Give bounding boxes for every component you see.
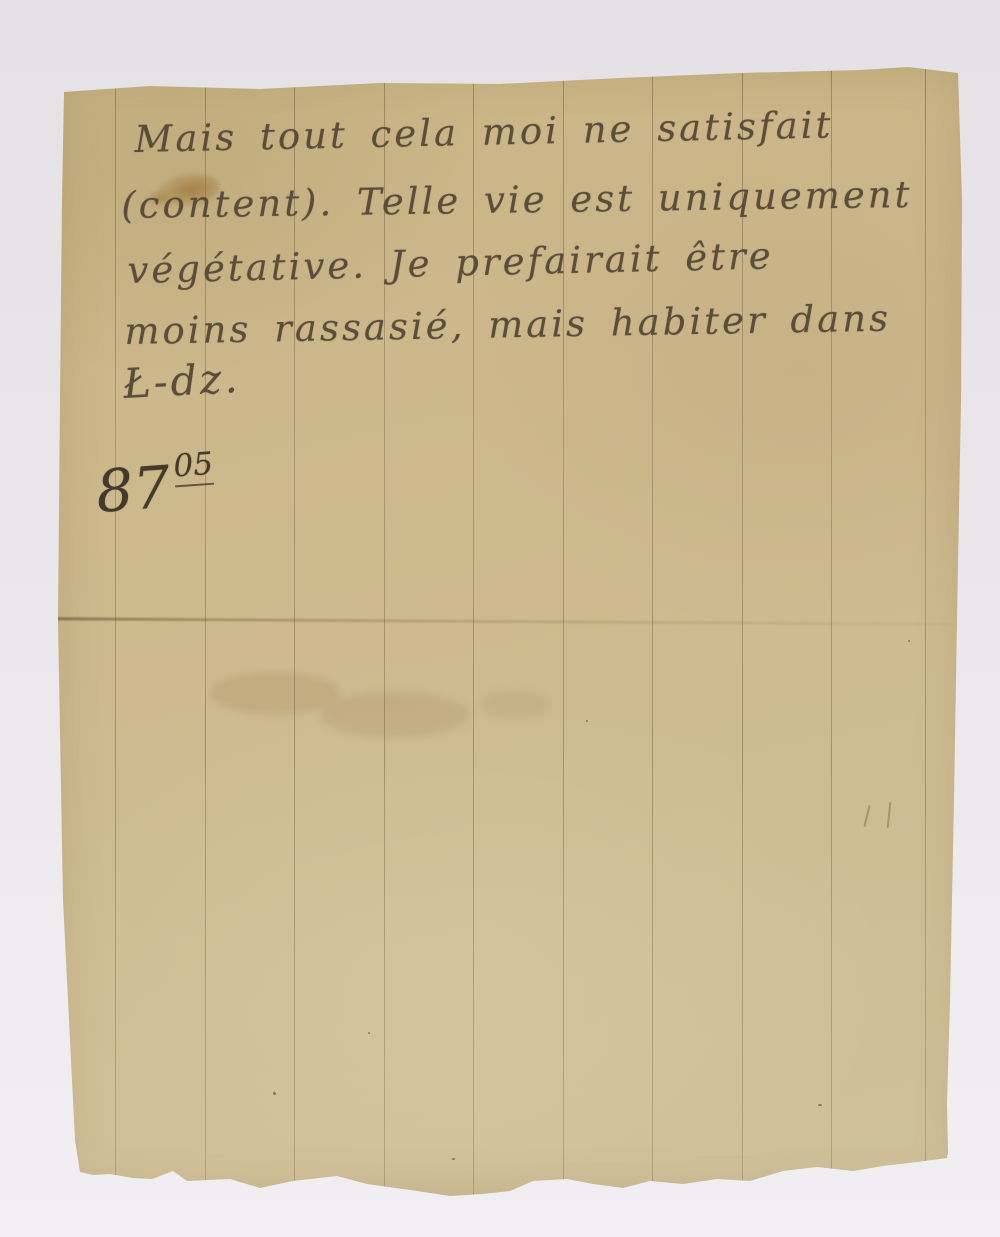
catalog-number: 8705	[94, 450, 217, 526]
handwriting-line: Ł-dz.	[122, 354, 242, 408]
paper-speck	[273, 1092, 276, 1095]
faded-smudge	[210, 672, 340, 714]
paper-speck	[452, 1158, 455, 1160]
catalog-number-main: 87	[94, 453, 172, 526]
catalog-number-superscript: 05	[172, 446, 214, 488]
paper-speck	[818, 1104, 822, 1106]
faded-smudge	[480, 690, 550, 720]
ruled-line	[925, 0, 926, 1237]
paper-edge-shading	[58, 67, 962, 1196]
faded-smudge	[320, 692, 470, 738]
note-paper: Mais tout cela moi ne satisfait (content…	[0, 0, 1000, 1237]
scan-backdrop: Mais tout cela moi ne satisfait (content…	[0, 0, 1000, 1237]
paper-speck	[586, 720, 588, 722]
paper-speck	[368, 1032, 370, 1034]
paper-speck	[908, 640, 910, 642]
